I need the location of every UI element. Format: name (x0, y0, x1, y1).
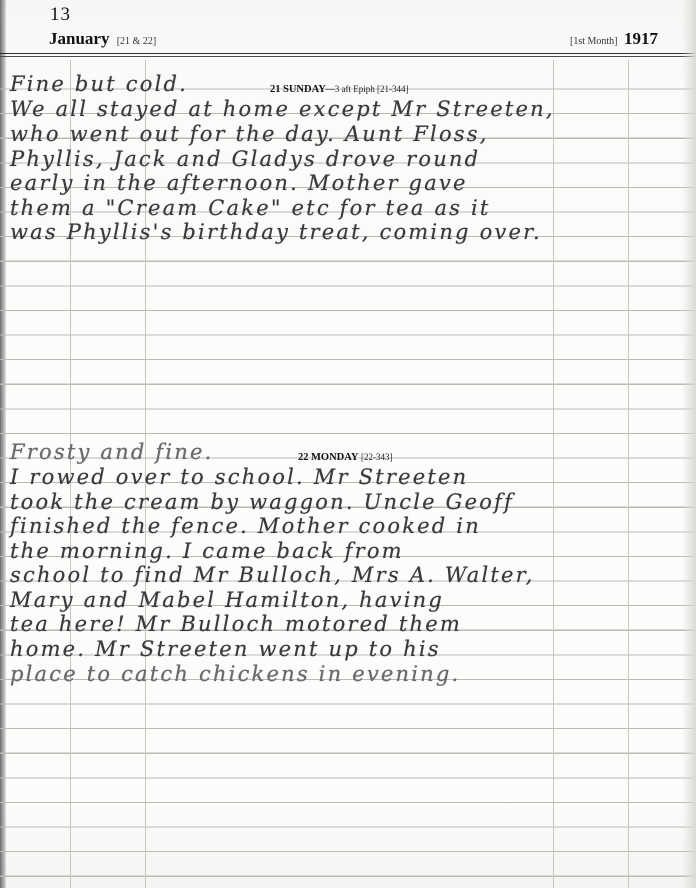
year: 1917 (624, 29, 658, 48)
month-name: January (49, 29, 109, 48)
diary-page: 13 January [21 & 22] [1st Month] 1917 21… (0, 0, 696, 888)
day-observance: [22-343] (361, 452, 393, 462)
day-range: [21 & 22] (117, 36, 156, 47)
entry-line: Mary and Mabel Hamilton, having (10, 588, 444, 612)
entry-line: early in the afternoon. Mother gave (10, 171, 468, 195)
entry-line: was Phyllis's birthday treat, coming ove… (10, 220, 542, 244)
year-block: [1st Month] 1917 (570, 29, 658, 49)
entry-line: place to catch chickens in evening. (10, 662, 460, 686)
month-heading: January [21 & 22] (49, 29, 156, 49)
entry-line: Phyllis, Jack and Gladys drove round (10, 147, 480, 171)
day-observance: —3 aft Epiph [21-344] (326, 84, 409, 94)
entry-line: home. Mr Streeten went up to his (10, 637, 441, 661)
day-heading-sunday: 21 SUNDAY—3 aft Epiph [21-344] (270, 84, 409, 95)
entry-line: We all stayed at home except Mr Streeten… (10, 97, 555, 121)
entry-line: tea here! Mr Bulloch motored them (10, 612, 462, 636)
day-name: MONDAY (311, 452, 358, 463)
day-heading-monday: 22 MONDAY [22-343] (298, 452, 392, 463)
day-number: 22 (298, 452, 309, 463)
header-rule (0, 56, 696, 57)
margin-line (553, 60, 554, 888)
day-number: 21 (270, 84, 281, 95)
entry-line: who went out for the day. Aunt Floss, (10, 122, 489, 146)
page-number: 13 (50, 4, 71, 26)
entry-line: school to find Mr Bulloch, Mrs A. Walter… (10, 563, 535, 587)
entry-line: finished the fence. Mother cooked in (10, 514, 481, 538)
entry-line: Frosty and fine. (10, 440, 214, 464)
margin-line (628, 60, 629, 888)
month-label: [1st Month] (570, 36, 618, 47)
day-name: SUNDAY (283, 84, 326, 95)
entry-line: the morning. I came back from (10, 539, 404, 563)
entry-line: Fine but cold. (10, 72, 188, 96)
header-rule (0, 53, 696, 54)
entry-line: took the cream by waggon. Uncle Geoff (10, 490, 514, 514)
entry-line: them a "Cream Cake" etc for tea as it (10, 196, 491, 220)
entry-line: I rowed over to school. Mr Streeten (10, 465, 468, 489)
